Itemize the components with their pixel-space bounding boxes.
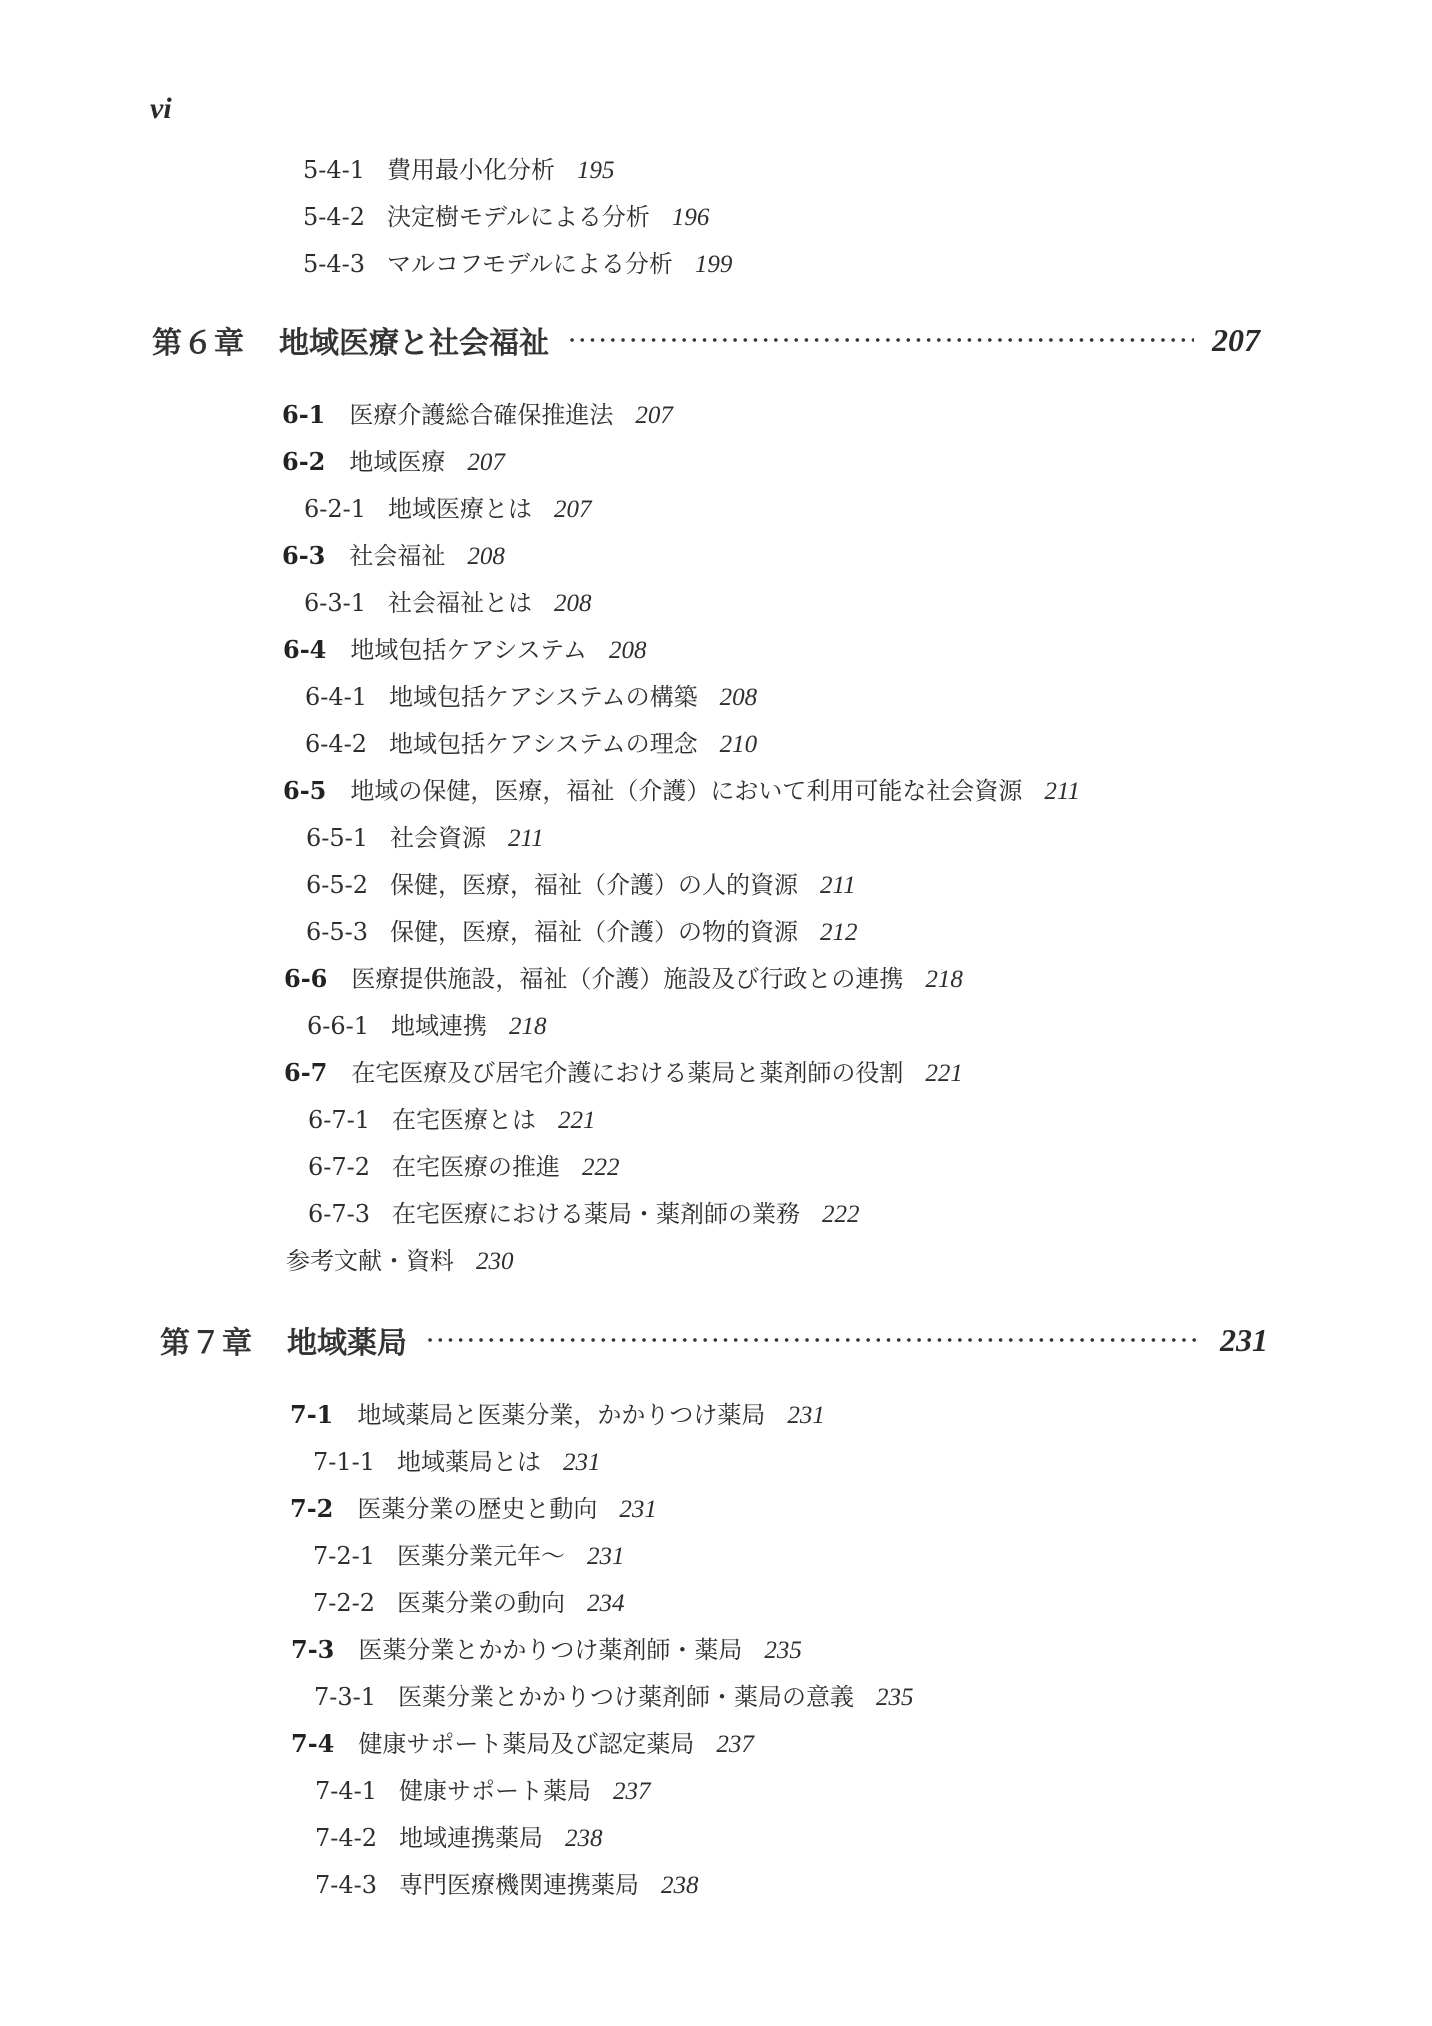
toc-entry[interactable]: 6-6-1地域連携218	[307, 1011, 547, 1042]
entry-number: 6-4	[283, 635, 326, 665]
entry-number: 6-3	[282, 541, 325, 571]
chapter-heading-7[interactable]: 第７章 地域薬局 231	[160, 1318, 1268, 1362]
entry-title: 在宅医療の推進	[392, 1153, 560, 1181]
entry-title: 専門医療機関連携薬局	[399, 1871, 639, 1899]
entry-number: 7-3-1	[314, 1682, 376, 1712]
entry-page: 195	[577, 157, 615, 184]
entry-page: 221	[558, 1107, 596, 1134]
chapter-title: 地域薬局	[287, 1318, 407, 1362]
entry-number: 5-4-3	[303, 249, 365, 279]
entry-title: 社会福祉	[349, 542, 445, 570]
chapter-label: 第６章	[152, 318, 245, 362]
entry-number: 7-4-2	[315, 1823, 377, 1853]
entry-number: 6-4-1	[305, 682, 367, 712]
entry-title: 在宅医療とは	[392, 1106, 536, 1134]
toc-entry[interactable]: 7-4-3専門医療機関連携薬局238	[315, 1870, 699, 1901]
entry-number: 7-2	[290, 1494, 333, 1524]
entry-page: 218	[925, 966, 963, 993]
entry-title: 医薬分業の歴史と動向	[357, 1495, 597, 1523]
entry-page: 237	[613, 1778, 651, 1805]
toc-entry[interactable]: 6-3社会福祉208	[282, 541, 505, 572]
entry-page: 196	[672, 204, 710, 231]
toc-entry[interactable]: 7-1-1地域薬局とは231	[313, 1447, 601, 1478]
toc-entry[interactable]: 6-5-3保健，医療，福祉（介護）の物的資源212	[306, 917, 858, 948]
entry-page: 222	[822, 1201, 860, 1228]
entry-number: 7-2-2	[313, 1588, 375, 1618]
entry-title: 地域医療とは	[388, 495, 532, 523]
entry-title: 在宅医療及び居宅介護における薬局と薬剤師の役割	[351, 1059, 903, 1087]
entry-number: 7-4-1	[315, 1776, 377, 1806]
chapter-label: 第７章	[160, 1318, 253, 1362]
entry-title: 地域包括ケアシステムの構築	[389, 683, 698, 711]
chapter-page: 207	[1212, 322, 1260, 359]
toc-entry[interactable]: 7-1地域薬局と医薬分業，かかりつけ薬局231	[290, 1400, 825, 1431]
entry-page: 238	[565, 1825, 603, 1852]
entry-title: 医薬分業の動向	[397, 1589, 565, 1617]
entry-number: 7-2-1	[313, 1541, 375, 1571]
entry-page: 207	[467, 449, 505, 476]
toc-entry[interactable]: 5-4-3マルコフモデルによる分析199	[303, 249, 732, 280]
toc-entry[interactable]: 6-6医療提供施設，福祉（介護）施設及び行政との連携218	[284, 964, 963, 995]
toc-entry[interactable]: 6-4-2地域包括ケアシステムの理念210	[305, 729, 757, 760]
entry-page: 235	[764, 1637, 802, 1664]
entry-page: 208	[554, 590, 592, 617]
entry-title: 地域薬局とは	[397, 1448, 541, 1476]
entry-title: 決定樹モデルによる分析	[387, 203, 650, 231]
entry-page: 210	[720, 731, 758, 758]
toc-entry[interactable]: 6-2地域医療207	[282, 447, 505, 478]
entry-page: 211	[508, 825, 544, 852]
entry-title: 在宅医療における薬局・薬剤師の業務	[392, 1200, 800, 1228]
entry-title: 地域連携薬局	[399, 1824, 543, 1852]
entry-number: 6-4-2	[305, 729, 367, 759]
toc-entry[interactable]: 7-2-2医薬分業の動向234	[313, 1588, 625, 1619]
toc-entry[interactable]: 5-4-1費用最小化分析195	[303, 155, 615, 186]
toc-entry[interactable]: 7-2-1医薬分業元年～231	[313, 1541, 625, 1572]
entry-number: 6-7	[284, 1058, 327, 1088]
toc-entry[interactable]: 6-5-2保健，医療，福祉（介護）の人的資源211	[306, 870, 856, 901]
entry-page: 208	[720, 684, 758, 711]
chapter-heading-6[interactable]: 第６章 地域医療と社会福祉 207	[152, 318, 1260, 362]
entry-title: 地域の保健，医療，福祉（介護）において利用可能な社会資源	[350, 777, 1022, 805]
entry-title: 地域包括ケアシステムの理念	[389, 730, 698, 758]
toc-entry[interactable]: 6-4-1地域包括ケアシステムの構築208	[305, 682, 757, 713]
dot-leader	[425, 1337, 1202, 1343]
entry-page: 199	[695, 251, 733, 278]
entry-page: 221	[925, 1060, 963, 1087]
entry-page: 207	[554, 496, 592, 523]
entry-title: 社会福祉とは	[388, 589, 532, 617]
entry-page: 235	[876, 1684, 914, 1711]
toc-entry[interactable]: 7-4-1健康サポート薬局237	[315, 1776, 651, 1807]
entry-page: 231	[787, 1402, 825, 1429]
toc-entry[interactable]: 6-7-3在宅医療における薬局・薬剤師の業務222	[308, 1199, 860, 1230]
entry-title: 保健，医療，福祉（介護）の人的資源	[390, 871, 798, 899]
entry-number: 7-1	[290, 1400, 333, 1430]
entry-page: 231	[587, 1543, 625, 1570]
entry-page: 231	[619, 1496, 657, 1523]
entry-title: 社会資源	[390, 824, 486, 852]
toc-entry[interactable]: 7-4-2地域連携薬局238	[315, 1823, 603, 1854]
page-folio: vi	[150, 92, 172, 126]
entry-page: 212	[820, 919, 858, 946]
entry-page: 207	[635, 402, 673, 429]
toc-entry[interactable]: 7-3医薬分業とかかりつけ薬剤師・薬局235	[291, 1635, 802, 1666]
entry-number: 7-4	[291, 1729, 334, 1759]
toc-entry[interactable]: 5-4-2決定樹モデルによる分析196	[303, 202, 709, 233]
toc-entry[interactable]: 6-7-2在宅医療の推進222	[308, 1152, 620, 1183]
entry-page: 231	[563, 1449, 601, 1476]
entry-title: 費用最小化分析	[387, 156, 555, 184]
entry-title: 医薬分業とかかりつけ薬剤師・薬局の意義	[398, 1683, 854, 1711]
chapter-title: 地域医療と社会福祉	[279, 318, 549, 362]
entry-title: 地域連携	[391, 1012, 487, 1040]
toc-entry[interactable]: 6-7-1在宅医療とは221	[308, 1105, 596, 1136]
toc-entry[interactable]: 6-5地域の保健，医療，福祉（介護）において利用可能な社会資源211	[283, 776, 1080, 807]
entry-number: 6-2	[282, 447, 325, 477]
entry-number: 6-2-1	[304, 494, 366, 524]
entry-number: 7-4-3	[315, 1870, 377, 1900]
entry-page: 211	[1044, 778, 1080, 805]
entry-number: 6-7-2	[308, 1152, 370, 1182]
entry-page: 230	[476, 1248, 514, 1275]
entry-number: 6-7-1	[308, 1105, 370, 1135]
entry-page: 222	[582, 1154, 620, 1181]
toc-entry-references[interactable]: 参考文献・資料230	[286, 1246, 514, 1277]
entry-number: 6-5-3	[306, 917, 368, 947]
entry-title: 保健，医療，福祉（介護）の物的資源	[390, 918, 798, 946]
entry-page: 211	[820, 872, 856, 899]
entry-title: 参考文献・資料	[286, 1247, 454, 1275]
entry-number: 5-4-1	[303, 155, 365, 185]
dot-leader	[567, 337, 1194, 343]
toc-entry[interactable]: 7-4健康サポート薬局及び認定薬局237	[291, 1729, 754, 1760]
entry-title: 地域包括ケアシステム	[350, 636, 587, 664]
chapter-page: 231	[1220, 1322, 1268, 1359]
toc-entry[interactable]: 6-2-1地域医療とは207	[304, 494, 592, 525]
entry-number: 7-3	[291, 1635, 334, 1665]
entry-page: 238	[661, 1872, 699, 1899]
entry-title: 医薬分業とかかりつけ薬剤師・薬局	[358, 1636, 742, 1664]
toc-entry[interactable]: 6-7在宅医療及び居宅介護における薬局と薬剤師の役割221	[284, 1058, 963, 1089]
toc-entry[interactable]: 6-1医療介護総合確保推進法207	[282, 400, 673, 431]
entry-title: マルコフモデルによる分析	[387, 250, 673, 278]
entry-number: 6-5-1	[306, 823, 368, 853]
entry-page: 237	[716, 1731, 754, 1758]
entry-page: 234	[587, 1590, 625, 1617]
entry-page: 208	[609, 637, 647, 664]
toc-entry[interactable]: 6-4地域包括ケアシステム208	[283, 635, 647, 666]
entry-number: 5-4-2	[303, 202, 365, 232]
entry-number: 6-1	[282, 400, 325, 430]
entry-number: 7-1-1	[313, 1447, 375, 1477]
entry-number: 6-5	[283, 776, 326, 806]
entry-title: 健康サポート薬局	[399, 1777, 591, 1805]
entry-number: 6-6	[284, 964, 327, 994]
entry-number: 6-3-1	[304, 588, 366, 618]
entry-title: 地域薬局と医薬分業，かかりつけ薬局	[357, 1401, 765, 1429]
toc-entry[interactable]: 7-3-1医薬分業とかかりつけ薬剤師・薬局の意義235	[314, 1682, 914, 1713]
toc-entry[interactable]: 6-3-1社会福祉とは208	[304, 588, 592, 619]
entry-page: 208	[467, 543, 505, 570]
entry-title: 医療提供施設，福祉（介護）施設及び行政との連携	[351, 965, 903, 993]
entry-page: 218	[509, 1013, 547, 1040]
entry-title: 医薬分業元年～	[397, 1542, 565, 1570]
toc-entry[interactable]: 6-5-1社会資源211	[306, 823, 544, 854]
entry-title: 医療介護総合確保推進法	[349, 401, 613, 429]
entry-number: 6-5-2	[306, 870, 368, 900]
entry-title: 地域医療	[349, 448, 445, 476]
entry-number: 6-6-1	[307, 1011, 369, 1041]
entry-title: 健康サポート薬局及び認定薬局	[358, 1730, 694, 1758]
toc-entry[interactable]: 7-2医薬分業の歴史と動向231	[290, 1494, 657, 1525]
entry-number: 6-7-3	[308, 1199, 370, 1229]
